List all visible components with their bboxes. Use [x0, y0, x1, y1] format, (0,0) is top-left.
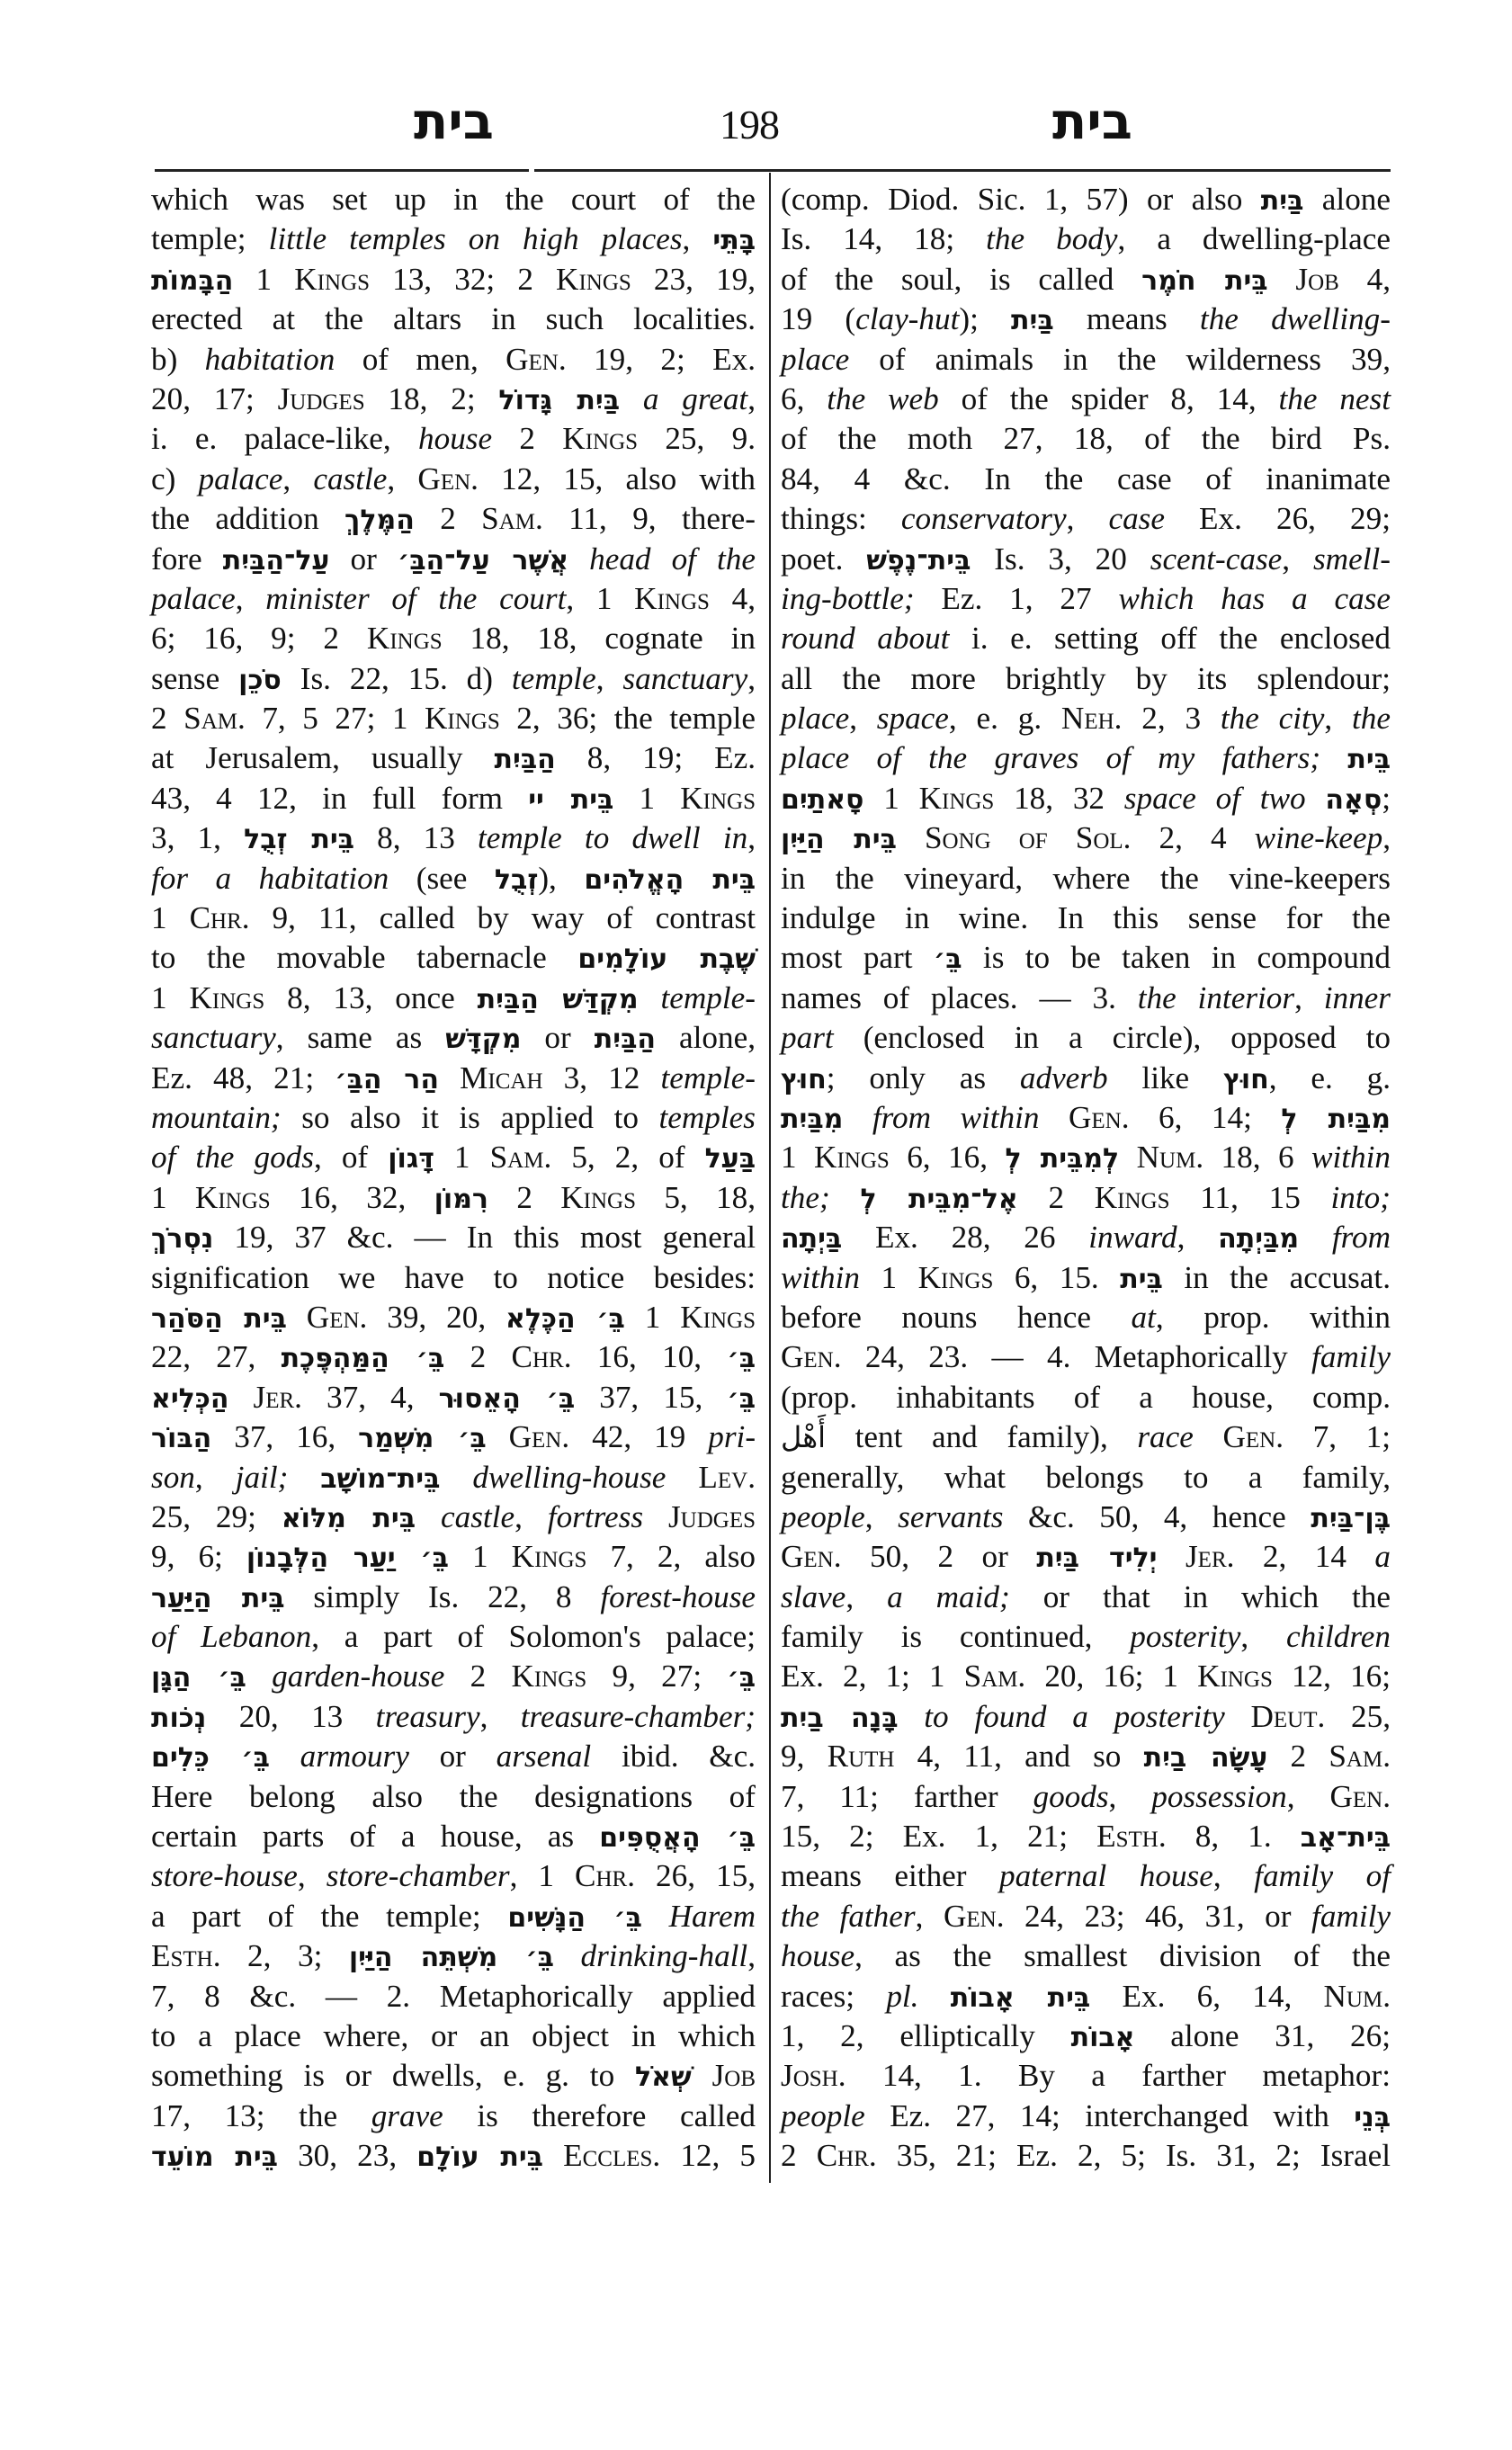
text-line: 6, the web of the spider 8, 14, the nest [781, 380, 1391, 419]
text-line: house, as the smallest division of the [781, 1936, 1391, 1976]
text-line: certain parts of a house, as בֵּ׳ הָאֲסֻ… [151, 1817, 756, 1856]
text-line: sanctuary, same as מִקְדָּשׁ or הַבַּיִת… [151, 1018, 756, 1058]
text-line: 2 Sam. 7, 5 27; 1 Kings 2, 36; the templ… [151, 699, 756, 738]
text-line: place, space, e. g. Neh. 2, 3 the city, … [781, 699, 1391, 738]
text-line: indulge in wine. In this sense for the [781, 899, 1391, 938]
text-line: of the soul, is called בֵּית חֹמֶר Job 4… [781, 260, 1391, 300]
text-line: Josh. 14, 1. By a farther metaphor: [781, 2056, 1391, 2096]
text-line: 17, 13; the grave is therefore called [151, 2097, 756, 2136]
text-line: 20, 17; Judges 18, 2; בַּיִת גָּדוֹל a g… [151, 380, 756, 419]
text-line: 9, Ruth 4, 11, and so עָשָׂה בַיִת 2 Sam… [781, 1737, 1391, 1776]
text-line: b) habitation of men, Gen. 19, 2; Ex. [151, 340, 756, 380]
text-line: people Ez. 27, 14; interchanged with בְּ… [781, 2097, 1391, 2136]
text-line: 2 Chr. 35, 21; Ez. 2, 5; Is. 31, 2; Isra… [781, 2136, 1391, 2176]
text-line: 1 Kings 16, 32, רִמּוֹן 2 Kings 5, 18, [151, 1178, 756, 1218]
text-line: means either paternal house, family of [781, 1856, 1391, 1896]
text-line: Ex. 2, 1; 1 Sam. 20, 16; 1 Kings 12, 16; [781, 1657, 1391, 1696]
text-line: place of the graves of my fathers; בֵּית [781, 738, 1391, 778]
right-column: (comp. Diod. Sic. 1, 57) or also בַּיִת … [781, 180, 1391, 2177]
text-line: to the movable tabernacle שֶׁבֶת עוֹלָמִ… [151, 938, 756, 978]
text-line: בֵּ׳ כֵּלִים armoury or arsenal ibid. &c… [151, 1737, 756, 1776]
text-line: הַבָּמוֹת 1 Kings 13, 32; 2 Kings 23, 19… [151, 260, 756, 300]
text-line: أَهْل tent and family), race Gen. 7, 1; [781, 1417, 1391, 1457]
text-line: people, servants &c. 50, 4, hence בֶּן־ב… [781, 1498, 1391, 1537]
text-line: 1, 2, elliptically אָבוֹת alone 31, 26; [781, 2016, 1391, 2056]
text-line: Gen. 50, 2 or יְלִיד בַּיִת Jer. 2, 14 a [781, 1537, 1391, 1577]
column-divider [769, 173, 771, 2183]
text-line: (prop. inhabitants of a house, comp. [781, 1378, 1391, 1417]
text-line: 7, 8 &c. — 2. Metaphorically applied [151, 1977, 756, 2016]
text-line: i. e. palace-like, house 2 Kings 25, 9. [151, 419, 756, 459]
text-line: within 1 Kings 6, 15. בֵּית in the accus… [781, 1258, 1391, 1298]
text-line: names of places. — 3. the interior, inne… [781, 979, 1391, 1018]
right-running-headword: בית [1052, 86, 1132, 158]
left-column: which was set up in the court of thetemp… [151, 180, 756, 2177]
text-line: the father, Gen. 24, 23; 46, 31, or fami… [781, 1897, 1391, 1936]
text-line: 9, 6; בֵּ׳ יַעַר הַלְּבָנוֹן 1 Kings 7, … [151, 1537, 756, 1577]
text-line: 15, 2; Ex. 1, 21; Esth. 8, 1. בֵּית־אָב [781, 1817, 1391, 1856]
text-line: the addition הַמֶּלֶךְ 2 Sam. 11, 9, the… [151, 499, 756, 539]
text-line: נְכֹות 20, 13 treasury, treasure-chamber… [151, 1697, 756, 1737]
text-line: mountain; so also it is applied to templ… [151, 1098, 756, 1138]
text-line: Gen. 24, 23. — 4. Metaphorically family [781, 1337, 1391, 1377]
text-line: בֵּית הַסֹּהַר Gen. 39, 20, בֵּ׳ הַכֶּלֶ… [151, 1298, 756, 1337]
text-line: 19 (clay-hut); בַּיִת means the dwelling… [781, 300, 1391, 339]
text-line: place of animals in the wilderness 39, [781, 340, 1391, 380]
text-line: Is. 14, 18; the body, a dwelling-place [781, 219, 1391, 259]
text-line: signification we have to notice besides: [151, 1258, 756, 1298]
page-number: 198 [720, 94, 779, 156]
text-line: 25, 29; בֵּית מִלּוֹא castle, fortress J… [151, 1498, 756, 1537]
text-line: all the more brightly by its splendour; [781, 659, 1391, 699]
header-rule-left [155, 169, 529, 172]
text-line: family is continued, posterity, children [781, 1617, 1391, 1657]
text-line: fore עַל־הַבַּיִת or אֲשֶׁר עַל־הַבַּ׳ h… [151, 540, 756, 579]
text-line: בַּיְתָה Ex. 28, 26 inward, מִבַּיְתָה f… [781, 1218, 1391, 1257]
text-line: בָּנָה בַיִת to found a posterity Deut. … [781, 1697, 1391, 1737]
text-line: הַכְּלִיא Jer. 37, 4, בֵּ׳ הָאֵסוּר 37, … [151, 1378, 756, 1417]
text-line: 43, 4 12, in full form בֵּית יי 1 Kings [151, 779, 756, 818]
text-line: part (enclosed in a circle), opposed to [781, 1018, 1391, 1058]
text-line: הַבּוֹר 37, 16, בֵּ׳ מִשְׁמַר Gen. 42, 1… [151, 1417, 756, 1457]
text-line: sense סֹכֵן Is. 22, 15. d) temple, sanct… [151, 659, 756, 699]
text-line: בֵּ׳ הַגָּן garden-house 2 Kings 9, 27; … [151, 1657, 756, 1696]
text-line: at Jerusalem, usually הַבַּיִת 8, 19; Ez… [151, 738, 756, 778]
text-line: which was set up in the court of the [151, 180, 756, 219]
text-line: c) palace, castle, Gen. 12, 15, also wit… [151, 460, 756, 499]
text-line: 22, 27, בֵּ׳ הַמַּהְפֶּכֶת 2 Chr. 16, 10… [151, 1337, 756, 1377]
text-line: חוּץ; only as adverb like חוּץ, e. g. [781, 1059, 1391, 1098]
text-line: 6; 16, 9; 2 Kings 18, 18, cognate in [151, 619, 756, 658]
text-line: 1 Kings 8, 13, once מִקְדַּשׁ הַבַּיִת t… [151, 979, 756, 1018]
page-header: בית 198 בית [153, 86, 1394, 167]
text-line: 7, 11; farther goods, possession, Gen. [781, 1777, 1391, 1817]
text-line: erected at the altars in such localities… [151, 300, 756, 339]
text-line: temple; little temples on high places, ב… [151, 219, 756, 259]
text-line: something is or dwells, e. g. to שְׁאֹל … [151, 2056, 756, 2096]
text-line: בֵּית הַיַּיִן Song of Sol. 2, 4 wine-ke… [781, 818, 1391, 858]
text-line: slave, a maid; or that in which the [781, 1578, 1391, 1617]
text-line: son, jail; בֵּית־מוֹשָׁב dwelling-house … [151, 1458, 756, 1498]
text-line: of Lebanon, a part of Solomon's palace; [151, 1617, 756, 1657]
text-line: a part of the temple; בֵּ׳ הַנָּשִׁים Ha… [151, 1897, 756, 1936]
text-line: the; אֶל־מִבֵּית לְ 2 Kings 11, 15 into; [781, 1178, 1391, 1218]
text-line: before nouns hence at, prop. within [781, 1298, 1391, 1337]
text-line: בֵּית מוֹעֵד 30, 23, בֵּית עוֹלָם Eccles… [151, 2136, 756, 2176]
text-line: for a habitation (see זְבֻל), בֵּית הָאֱ… [151, 859, 756, 899]
text-line: מִבַּיִת from within Gen. 6, 14; מִבַּיִ… [781, 1098, 1391, 1138]
text-line: ing-bottle; Ez. 1, 27 which has a case [781, 579, 1391, 619]
left-running-headword: בית [414, 86, 494, 158]
text-line: of the moth 27, 18, of the bird Ps. [781, 419, 1391, 459]
text-line: (comp. Diod. Sic. 1, 57) or also בַּיִת … [781, 180, 1391, 219]
text-line: Esth. 2, 3; בֵּ׳ מִשְׁתֵּה הַיַּיִן drin… [151, 1936, 756, 1976]
text-line: Here belong also the designations of [151, 1777, 756, 1817]
text-line: 84, 4 &c. In the case of inanimate [781, 460, 1391, 499]
text-line: נִסְרֹךְ 19, 37 &c. — In this most gener… [151, 1218, 756, 1257]
text-line: in the vineyard, where the vine-keepers [781, 859, 1391, 899]
text-line: poet. בֵּית־נֶפֶשׁ Is. 3, 20 scent-case,… [781, 540, 1391, 579]
text-line: most part בֵּ׳ is to be taken in compoun… [781, 938, 1391, 978]
text-line: בֵּית הַיַּעַר simply Is. 22, 8 forest-h… [151, 1578, 756, 1617]
header-rule-right [534, 169, 1391, 172]
text-line: 3, 1, בֵּית זְבֻל 8, 13 temple to dwell … [151, 818, 756, 858]
text-line: 1 Kings 6, 16, לְמִבֵּית לְ Num. 18, 6 w… [781, 1138, 1391, 1177]
text-line: races; pl. בֵּית אָבוֹת Ex. 6, 14, Num. [781, 1977, 1391, 2016]
text-line: of the gods, of דָּגוֹן 1 Sam. 5, 2, of … [151, 1138, 756, 1177]
text-line: round about i. e. setting off the enclos… [781, 619, 1391, 658]
text-line: store-house, store-chamber, 1 Chr. 26, 1… [151, 1856, 756, 1896]
text-line: to a place where, or an object in which [151, 2016, 756, 2056]
text-line: 1 Chr. 9, 11, called by way of contrast [151, 899, 756, 938]
text-line: generally, what belongs to a family, [781, 1458, 1391, 1498]
text-line: סָאתַיִם 1 Kings 18, 32 space of two סְא… [781, 779, 1391, 818]
text-line: palace, minister of the court, 1 Kings 4… [151, 579, 756, 619]
text-line: things: conservatory, case Ex. 26, 29; [781, 499, 1391, 539]
text-line: Ez. 48, 21; הַר הַבַּ׳ Micah 3, 12 templ… [151, 1059, 756, 1098]
